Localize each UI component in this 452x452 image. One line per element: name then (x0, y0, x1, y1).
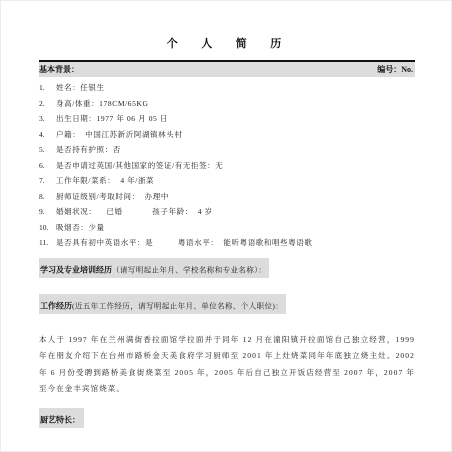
item-number: 3. (39, 115, 56, 124)
item-text: 工作年限/菜系： 4 年/浙菜 (56, 177, 154, 186)
skill-section-header: 厨艺特长： (39, 410, 415, 428)
item-number: 4. (39, 131, 56, 140)
list-item: 11. 是否具有初中英语水平：是 粤语水平： 能听粤语歌和唱些粤语歌 (39, 239, 415, 248)
training-section-highlight: 学习及专业培训经历（请写明起止年月、学校名称和专业名称）： (39, 258, 269, 278)
list-item: 7. 工作年限/菜系： 4 年/浙菜 (39, 177, 415, 186)
item-text: 吸烟否：少量 (56, 224, 105, 233)
item-number: 6. (39, 162, 56, 171)
work-section-header: 工作经历(近五年工作经历，请写明起止年月、单位名称、个人职位)： (39, 296, 415, 314)
item-number: 5. (39, 146, 56, 155)
item-number: 11. (39, 239, 56, 248)
list-item: 1. 姓名：任银生 (39, 84, 415, 93)
resume-document: 个 人 简 历 基本背景： 编号：No. 1. 姓名：任银生 2. 身高/体重：… (0, 0, 452, 452)
list-item: 5. 是否持有护照：否 (39, 146, 415, 155)
basic-background-label: 基本背景： (39, 64, 79, 75)
work-section-hint: (近五年工作经历，请写明起止年月、单位名称、个人职位)： (72, 302, 283, 311)
item-number: 8. (39, 193, 56, 202)
list-item: 6. 是否申请过英国/其他国家的签证/有无拒签：无 (39, 162, 415, 171)
item-text: 是否具有初中英语水平：是 粤语水平： 能听粤语歌和唱些粤语歌 (56, 239, 313, 248)
basic-info-list: 1. 姓名：任银生 2. 身高/体重：178CM/65KG 3. 出生日期：19… (39, 84, 415, 248)
item-number: 1. (39, 84, 56, 93)
list-item: 3. 出生日期：1977 年 06 月 05 日 (39, 115, 415, 124)
list-item: 4. 户籍： 中国江苏新沂阿湖镇林头村 (39, 131, 415, 140)
skill-section-title: 厨艺特长： (40, 416, 80, 425)
list-item: 2. 身高/体重：178CM/65KG (39, 100, 415, 109)
basic-background-header-bar: 基本背景： 编号：No. (39, 60, 415, 77)
item-text: 婚姻状况： 已婚 孩子年龄： 4 岁 (56, 208, 213, 217)
item-number: 9. (39, 208, 56, 217)
item-number: 10. (39, 224, 56, 233)
work-experience-paragraph: 本人于 1997 年在兰州满街香拉面馆学拉面并于同年 12 月在潼阳镇开拉面馆自… (39, 332, 415, 398)
item-text: 是否持有护照：否 (56, 146, 121, 155)
item-text: 户籍： 中国江苏新沂阿湖镇林头村 (56, 131, 182, 140)
item-text: 是否申请过英国/其他国家的签证/有无拒签：无 (56, 162, 223, 171)
item-text: 姓名：任银生 (56, 84, 105, 93)
list-item: 8. 厨师证级别/考取时间： 办理中 (39, 193, 415, 202)
list-item: 9. 婚姻状况： 已婚 孩子年龄： 4 岁 (39, 208, 415, 217)
item-text: 身高/体重：178CM/65KG (56, 100, 149, 109)
page-title: 个 人 简 历 (39, 35, 415, 51)
list-item: 10. 吸烟否：少量 (39, 224, 415, 233)
resume-content: 个 人 简 历 基本背景： 编号：No. 1. 姓名：任银生 2. 身高/体重：… (39, 35, 415, 428)
item-number: 2. (39, 100, 56, 109)
training-section-hint: （请写明起止年月、学校名称和专业名称）： (112, 266, 266, 275)
item-text: 出生日期：1977 年 06 月 05 日 (56, 115, 168, 124)
training-section-header: 学习及专业培训经历（请写明起止年月、学校名称和专业名称）： (39, 260, 415, 278)
work-section-title: 工作经历 (40, 302, 72, 311)
skill-section-highlight: 厨艺特长： (39, 408, 84, 428)
work-section-highlight: 工作经历(近五年工作经历，请写明起止年月、单位名称、个人职位)： (39, 294, 286, 314)
item-text: 厨师证级别/考取时间： 办理中 (56, 193, 169, 202)
training-section-title: 学习及专业培训经历 (40, 266, 112, 275)
item-number: 7. (39, 177, 56, 186)
serial-number-label: 编号：No. (377, 64, 413, 75)
